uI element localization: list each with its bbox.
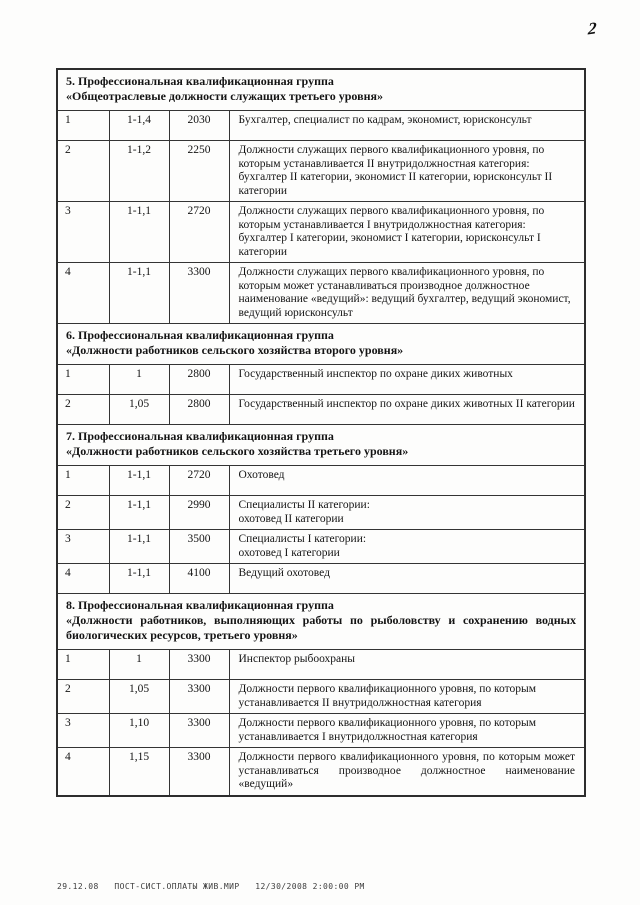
row-number-cell: 1 <box>57 650 109 680</box>
description-cell: Инспектор рыбоохраны <box>229 650 585 680</box>
table-row: 41-1,14100Ведущий охотовед <box>57 564 585 594</box>
salary-cell: 2800 <box>169 395 229 425</box>
salary-cell: 2990 <box>169 496 229 530</box>
coefficient-cell: 1,05 <box>109 680 169 714</box>
section-title-line1: 7. Профессиональная квалификационная гру… <box>66 429 576 444</box>
coefficient-cell: 1 <box>109 365 169 395</box>
section-title-cell: 6. Профессиональная квалификационная гру… <box>57 324 585 365</box>
description-cell: Государственный инспектор по охране дики… <box>229 395 585 425</box>
row-number-cell: 3 <box>57 530 109 564</box>
section-title-line1: 8. Профессиональная квалификационная гру… <box>66 598 576 613</box>
salary-cell: 3300 <box>169 650 229 680</box>
row-number-cell: 2 <box>57 496 109 530</box>
row-number-cell: 1 <box>57 466 109 496</box>
row-number-cell: 1 <box>57 111 109 141</box>
description-cell: Специалисты I категории: охотовед I кате… <box>229 530 585 564</box>
table-row: 31-1,13500Специалисты I категории: охото… <box>57 530 585 564</box>
section-header-row: 5. Профессиональная квалификационная гру… <box>57 69 585 111</box>
salary-cell: 3500 <box>169 530 229 564</box>
table-row: 41-1,13300Должности служащих первого ква… <box>57 263 585 324</box>
scanned-document-page: 2 5. Профессиональная квалификационная г… <box>0 0 640 905</box>
description-cell: Государственный инспектор по охране дики… <box>229 365 585 395</box>
coefficient-cell: 1-1,1 <box>109 530 169 564</box>
table-row: 31,103300Должности первого квалификацион… <box>57 714 585 748</box>
description-cell: Должности первого квалификационного уров… <box>229 748 585 796</box>
row-number-cell: 3 <box>57 714 109 748</box>
coefficient-cell: 1-1,1 <box>109 496 169 530</box>
row-number-cell: 4 <box>57 263 109 324</box>
salary-cell: 3300 <box>169 680 229 714</box>
coefficient-cell: 1-1,2 <box>109 141 169 202</box>
section-title-cell: 7. Профессиональная квалификационная гру… <box>57 425 585 466</box>
qualification-table-body: 5. Профессиональная квалификационная гру… <box>57 69 585 796</box>
section-title-cell: 5. Профессиональная квалификационная гру… <box>57 69 585 111</box>
description-cell: Должности служащих первого квалификацион… <box>229 202 585 263</box>
salary-cell: 3300 <box>169 714 229 748</box>
section-header-row: 8. Профессиональная квалификационная гру… <box>57 594 585 650</box>
coefficient-cell: 1,15 <box>109 748 169 796</box>
section-title-line1: 6. Профессиональная квалификационная гру… <box>66 328 576 343</box>
row-number-cell: 2 <box>57 141 109 202</box>
salary-cell: 3300 <box>169 748 229 796</box>
print-footer: 29.12.08 ПОСТ-СИСТ.ОПЛАТЫ ЖИВ.МИР 12/30/… <box>57 882 365 891</box>
table-row: 113300Инспектор рыбоохраны <box>57 650 585 680</box>
description-cell: Охотовед <box>229 466 585 496</box>
table-row: 21-1,22250Должности служащих первого ква… <box>57 141 585 202</box>
section-title-cell: 8. Профессиональная квалификационная гру… <box>57 594 585 650</box>
table-row: 21,052800Государственный инспектор по ох… <box>57 395 585 425</box>
coefficient-cell: 1-1,1 <box>109 564 169 594</box>
section-title-line2: «Должности работников сельского хозяйств… <box>66 343 576 358</box>
row-number-cell: 1 <box>57 365 109 395</box>
row-number-cell: 3 <box>57 202 109 263</box>
row-number-cell: 2 <box>57 395 109 425</box>
salary-cell: 2250 <box>169 141 229 202</box>
section-header-row: 7. Профессиональная квалификационная гру… <box>57 425 585 466</box>
coefficient-cell: 1 <box>109 650 169 680</box>
description-cell: Должности первого квалификационного уров… <box>229 714 585 748</box>
coefficient-cell: 1-1,1 <box>109 466 169 496</box>
salary-cell: 2720 <box>169 202 229 263</box>
description-cell: Должности служащих первого квалификацион… <box>229 263 585 324</box>
section-title-line1: 5. Профессиональная квалификационная гру… <box>66 74 576 89</box>
table-row: 31-1,12720Должности служащих первого ква… <box>57 202 585 263</box>
table-row: 11-1,12720Охотовед <box>57 466 585 496</box>
salary-cell: 4100 <box>169 564 229 594</box>
section-title-line2: «Должности работников сельского хозяйств… <box>66 444 576 459</box>
section-header-row: 6. Профессиональная квалификационная гру… <box>57 324 585 365</box>
coefficient-cell: 1-1,4 <box>109 111 169 141</box>
coefficient-cell: 1,05 <box>109 395 169 425</box>
salary-cell: 2030 <box>169 111 229 141</box>
table-row: 41,153300Должности первого квалификацион… <box>57 748 585 796</box>
description-cell: Должности служащих первого квалификацион… <box>229 141 585 202</box>
description-cell: Ведущий охотовед <box>229 564 585 594</box>
handwritten-page-number: 2 <box>588 19 597 40</box>
coefficient-cell: 1,10 <box>109 714 169 748</box>
row-number-cell: 2 <box>57 680 109 714</box>
qualification-groups-table: 5. Профессиональная квалификационная гру… <box>56 68 586 797</box>
salary-cell: 2800 <box>169 365 229 395</box>
section-title-line2: «Должности работников, выполняющих работ… <box>66 613 576 643</box>
salary-cell: 3300 <box>169 263 229 324</box>
section-title-line2: «Общеотраслевые должности служащих треть… <box>66 89 576 104</box>
table-row: 11-1,42030Бухгалтер, специалист по кадра… <box>57 111 585 141</box>
table-row: 21-1,12990Специалисты II категории: охот… <box>57 496 585 530</box>
row-number-cell: 4 <box>57 564 109 594</box>
description-cell: Должности первого квалификационного уров… <box>229 680 585 714</box>
description-cell: Специалисты II категории: охотовед II ка… <box>229 496 585 530</box>
coefficient-cell: 1-1,1 <box>109 202 169 263</box>
table-row: 112800Государственный инспектор по охран… <box>57 365 585 395</box>
row-number-cell: 4 <box>57 748 109 796</box>
salary-cell: 2720 <box>169 466 229 496</box>
description-cell: Бухгалтер, специалист по кадрам, экономи… <box>229 111 585 141</box>
coefficient-cell: 1-1,1 <box>109 263 169 324</box>
table-row: 21,053300Должности первого квалификацион… <box>57 680 585 714</box>
